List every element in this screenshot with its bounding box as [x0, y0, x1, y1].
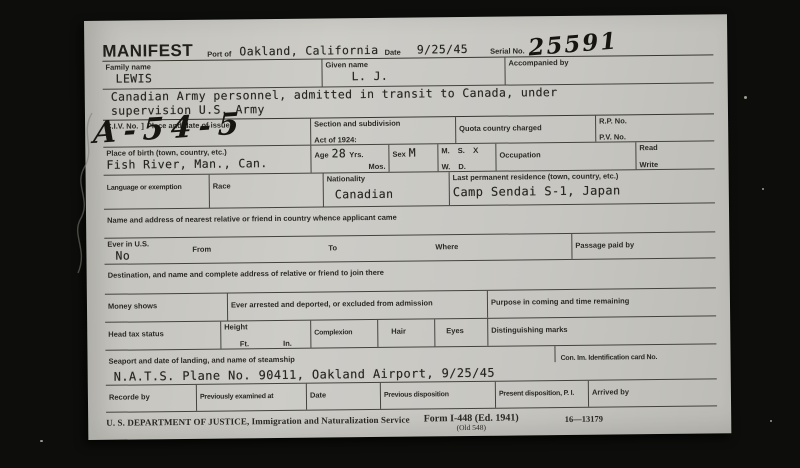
place-of-birth-value: Fish River, Man., Can. — [106, 156, 307, 172]
money-shown-field: Money shows — [105, 294, 228, 322]
residence-field: Last permanent residence (town, country,… — [450, 169, 715, 205]
race-label: Race — [213, 181, 231, 190]
arrived-by-label: Arrived by — [592, 387, 629, 396]
complexion-field: Complexion — [311, 320, 378, 348]
print-code: 16—13179 — [565, 414, 603, 424]
dust-speck — [762, 188, 764, 190]
recorded-by-label: Recorde by — [109, 392, 150, 401]
age-field: Age 28 Yrs. Mos. — [311, 145, 389, 173]
sex-value: M — [409, 146, 416, 160]
dust-speck — [744, 96, 747, 99]
marital-status-field: M. S. x W. D. — [438, 144, 496, 172]
form-number: Form I-448 (Ed. 1941) (Old 548) — [424, 413, 519, 432]
write-label: Write — [639, 159, 711, 169]
head-tax-label: Head tax status — [108, 329, 164, 339]
from-field: From — [189, 236, 325, 262]
hair-field: Hair — [378, 319, 435, 347]
dust-speck — [770, 420, 772, 422]
ever-in-us-field: Ever in U.S. No — [104, 238, 189, 264]
quota-country-label: Quota country charged — [459, 123, 542, 133]
money-shown-label: Money shows — [108, 301, 157, 311]
height-label: Height — [224, 322, 307, 332]
sex-label: Sex — [392, 150, 405, 159]
port-value: Oakland, California — [239, 43, 378, 58]
marks-field: Distinguishing marks — [488, 316, 716, 345]
language-field: Language or exemption — [104, 175, 210, 209]
residence-value: Camp Sendai S-1, Japan — [453, 182, 712, 199]
pencil-scribble — [62, 108, 102, 278]
race-field: Race — [210, 173, 324, 207]
ever-in-us-value: No — [115, 248, 186, 263]
where-field: Where — [432, 234, 572, 260]
nationality-label: Nationality — [327, 173, 446, 183]
nationality-field: Nationality Canadian — [324, 172, 450, 206]
from-label: From — [192, 245, 211, 254]
where-label: Where — [435, 242, 458, 251]
exam-date-label: Date — [310, 390, 326, 399]
yrs-label: Yrs. — [349, 150, 363, 159]
purpose-field: Purpose in coming and time remaining — [488, 288, 716, 317]
mos-label: Mos. — [314, 162, 385, 172]
to-field: To — [325, 235, 432, 261]
previous-disposition-label: Previous disposition — [384, 391, 449, 399]
family-name-value: LEWIS — [116, 70, 319, 86]
given-name-value: L. J. — [352, 68, 502, 84]
previously-examined-label: Previously examined at — [200, 393, 273, 401]
recorded-by-field: Recorde by — [106, 385, 197, 412]
pv-number-label: P.V. No. — [599, 131, 711, 141]
marks-label: Distinguishing marks — [491, 325, 567, 335]
serial-label: Serial No. — [490, 46, 525, 55]
previous-disposition-field: Previous disposition — [381, 382, 496, 409]
read-write-field: Read Write — [636, 141, 714, 169]
accompanied-by-field: Accompanied by — [505, 55, 713, 84]
family-name-field: Family name LEWIS — [102, 60, 322, 89]
relative-label: Name and address of nearest relative or … — [104, 213, 397, 225]
married-label: M. — [441, 146, 449, 155]
inches-label: In. — [283, 339, 292, 348]
section-subdivision-label: Section and subdivision — [314, 118, 452, 128]
scanned-manifest-photo: MANIFEST Port of Oakland, California Dat… — [0, 0, 800, 468]
place-of-birth-field: Place of birth (town, country, etc.) Fis… — [103, 146, 311, 175]
given-name-field: Given name L. J. — [322, 58, 505, 87]
previously-examined-field: Previously examined at — [197, 384, 307, 411]
read-label: Read — [639, 142, 711, 152]
act-of-1924-label: Act of 1924: — [314, 134, 452, 144]
divorced-label: D. — [458, 162, 466, 171]
seaport-label: Seaport and date of landing, and name of… — [106, 355, 295, 366]
rp-number-label: R.P. No. — [599, 115, 711, 125]
occupation-label: Occupation — [499, 150, 540, 159]
occupation-field: Occupation — [496, 142, 636, 170]
arrested-field: Ever arrested and deported, or excluded … — [228, 291, 488, 321]
single-label: S. — [458, 146, 465, 155]
sex-field: Sex M — [389, 144, 438, 172]
purpose-label: Purpose in coming and time remaining — [491, 296, 629, 306]
age-value: 28 — [331, 146, 346, 160]
arrived-by-field: Arrived by — [589, 379, 717, 406]
eyes-field: Eyes — [435, 319, 488, 347]
feet-label: Ft. — [240, 339, 249, 348]
present-disposition-field: Present disposition, P. I. — [496, 381, 589, 408]
date-label: Date — [385, 48, 401, 57]
hair-label: Hair — [391, 327, 406, 336]
head-tax-field: Head tax status — [105, 322, 221, 350]
age-label: Age — [314, 150, 328, 159]
manifest-card: MANIFEST Port of Oakland, California Dat… — [84, 14, 731, 440]
seaport-value: N.A.T.S. Plane No. 90411, Oakland Airpor… — [114, 366, 495, 384]
destination-label: Destination, and name and complete addre… — [105, 268, 384, 280]
arrested-label: Ever arrested and deported, or excluded … — [231, 298, 433, 309]
section-subdivision-field: Section and subdivision Act of 1924: — [311, 117, 456, 145]
passage-paid-field: Passage paid by — [572, 232, 715, 258]
nationality-value: Canadian — [335, 186, 446, 201]
exam-date-field: Date — [307, 383, 381, 410]
rp-pv-field: R.P. No. P.V. No. — [596, 114, 714, 141]
form-number-old: (Old 548) — [457, 423, 486, 432]
residence-label: Last permanent residence (town, country,… — [453, 170, 712, 182]
agency-imprint: U. S. DEPARTMENT OF JUSTICE, Immigration… — [106, 415, 410, 428]
con-im-field: Con. Im. Identification card No. — [554, 344, 716, 362]
marital-mark: x — [473, 145, 479, 156]
present-disposition-label: Present disposition, P. I. — [499, 390, 574, 398]
complexion-label: Complexion — [314, 329, 352, 336]
date-value: 9/25/45 — [417, 42, 468, 57]
con-im-label: Con. Im. Identification card No. — [561, 354, 658, 362]
dust-speck — [40, 440, 43, 442]
port-label: Port of — [207, 49, 231, 58]
eyes-label: Eyes — [446, 326, 464, 335]
accompanied-by-label: Accompanied by — [508, 56, 710, 67]
passage-paid-label: Passage paid by — [575, 240, 634, 250]
manifest-title: MANIFEST — [102, 42, 193, 60]
widowed-label: W. — [441, 162, 450, 171]
to-label: To — [328, 243, 337, 252]
height-field: Height Ft. In. — [221, 321, 311, 349]
quota-country-field: Quota country charged — [456, 116, 596, 143]
language-label: Language or exemption — [107, 184, 182, 192]
